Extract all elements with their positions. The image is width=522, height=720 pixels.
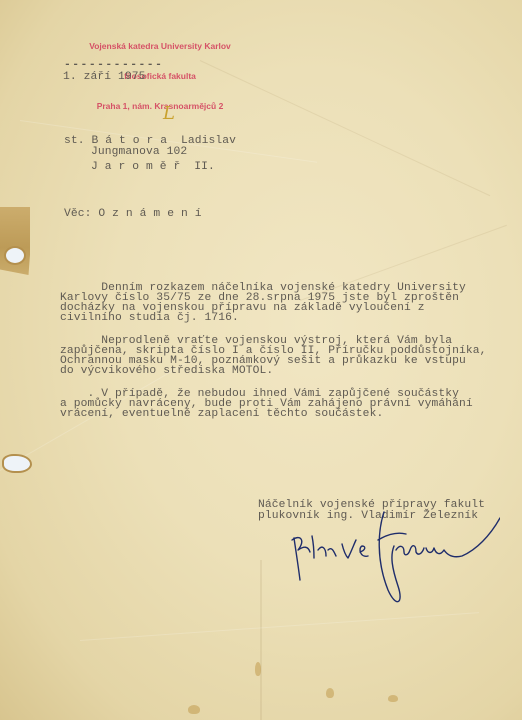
scanned-letter-page: Vojenská katedra University Karlov filos…	[0, 0, 522, 720]
recipient-city: J a r o m ě ř II.	[91, 162, 215, 173]
letter-date: 1. září 1975	[63, 72, 146, 83]
stamp-line-3: Praha 1, nám. Krasnoarmějců 2	[60, 101, 260, 111]
recipient-street: Jungmanova 102	[91, 147, 187, 158]
handwritten-mark: L	[163, 103, 175, 124]
paper-wrinkle	[80, 612, 479, 641]
paragraph-line: civilního studia čj. 1716.	[60, 313, 239, 324]
subject-line: Věc: O z n á m e n í	[64, 209, 202, 220]
torn-punch-hole	[4, 456, 30, 471]
punch-hole	[6, 248, 24, 263]
adhesive-tape-patch	[0, 207, 30, 275]
reference-dashes: ------------	[64, 60, 163, 71]
paragraph-line: do výcvikového střediska MOTOL.	[60, 366, 273, 377]
paper-stain	[188, 705, 200, 714]
paper-fold	[260, 560, 262, 720]
paper-stain	[255, 662, 261, 676]
paper-stain	[326, 688, 334, 698]
paragraph-line: vrácení, eventuelně zaplacení těchto sou…	[60, 409, 383, 420]
stamp-line-1: Vojenská katedra University Karlov	[60, 41, 260, 51]
handwritten-signature-icon	[280, 500, 500, 610]
paper-stain	[388, 695, 398, 702]
